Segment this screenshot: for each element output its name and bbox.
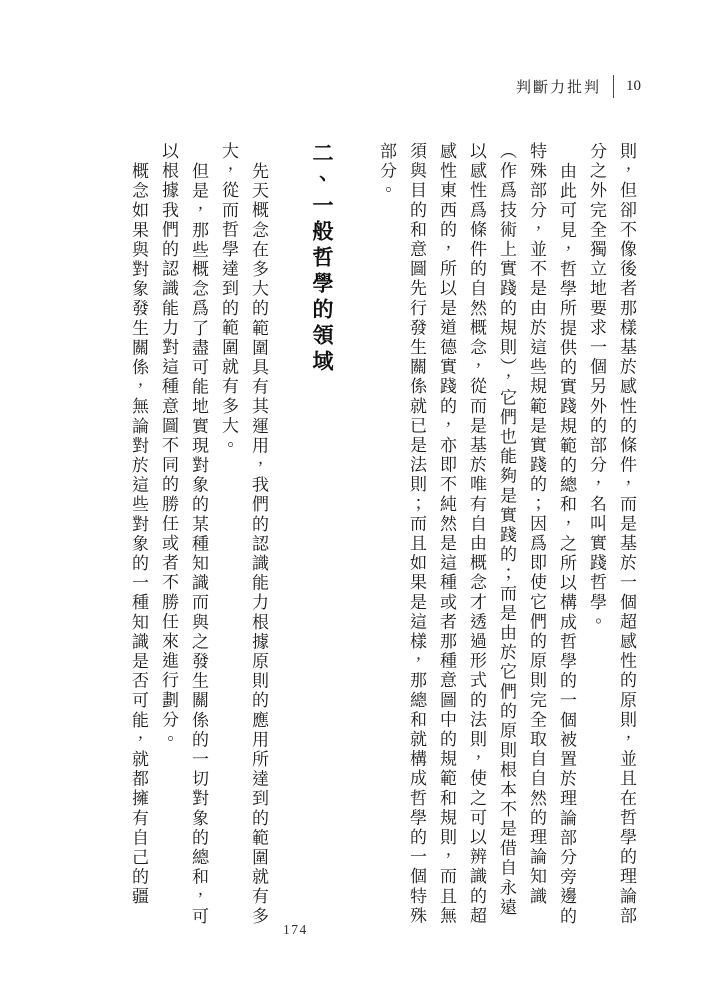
book-page: 判斷力批判 10 則，但卻不像後者那樣基於感性的條件，而是基於一個超感性的原則，… (0, 0, 705, 1000)
header-divider (613, 75, 614, 98)
paragraph-continued-from-previous-page: 則，但卻不像後者那樣基於感性的條件，而是基於一個超感性的原則，並且在哲學的理論部… (581, 142, 641, 928)
running-head: 判斷力批判 10 (516, 75, 641, 98)
book-title: 判斷力批判 (516, 76, 601, 97)
paragraph-continues-next-page: 概念如果與對象發生關係，無論對於這些對象的一種知識是否可能，就都擁有自己的疆 (123, 142, 153, 928)
paragraph: 但是，那些概念爲了盡可能地實現對象的某種知識而與之發生關係的一切對象的總和，可以… (153, 142, 213, 928)
paragraph: 由此可見，哲學所提供的實踐規範的總和，之所以構成哲學的一個被置於理論部分旁邊的特… (371, 142, 581, 928)
body-text: 則，但卻不像後者那樣基於感性的條件，而是基於一個超感性的原則，並且在哲學的理論部… (123, 142, 641, 928)
page-number: 174 (283, 922, 308, 938)
chapter-number: 10 (626, 78, 641, 95)
section-heading: 二、一般哲學的領域 (301, 142, 343, 928)
paragraph: 先天概念在多大的範圍具有其運用，我們的認識能力根據原則的應用所達到的範圍就有多大… (213, 142, 273, 928)
